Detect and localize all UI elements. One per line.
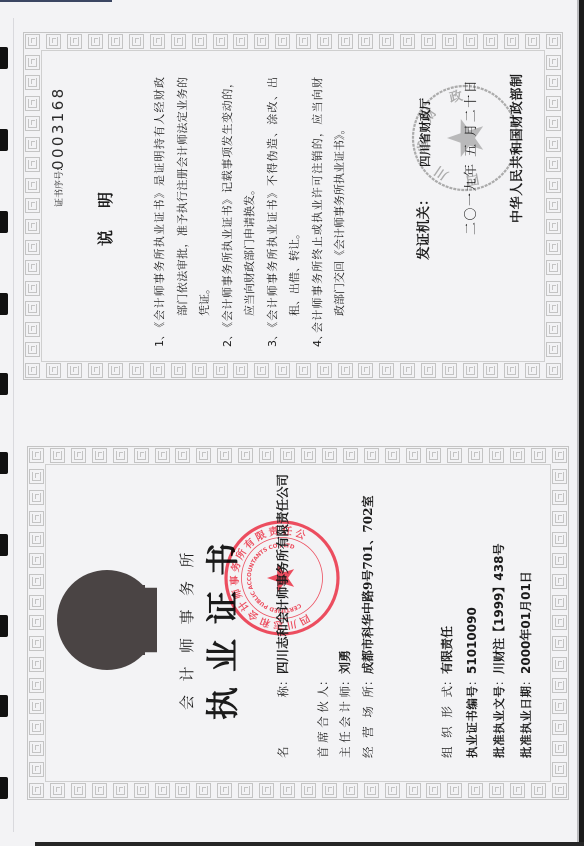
border-key-tile bbox=[364, 448, 379, 463]
note-number: 4、 bbox=[307, 329, 330, 347]
border-key-tile bbox=[489, 783, 504, 798]
border-key-tile bbox=[25, 219, 40, 234]
border-key-tile bbox=[25, 34, 40, 49]
notes-list: 1、 《会计师事务所执业证书》是证明持有人经财政 部门依法审批，准予执行注册会计… bbox=[149, 77, 352, 347]
border-key-tile bbox=[447, 448, 462, 463]
border-key-tile bbox=[546, 219, 561, 234]
border-key-tile bbox=[25, 260, 40, 275]
field-separator: ： bbox=[276, 674, 290, 686]
border-key-tile bbox=[213, 363, 228, 378]
border-key-tile bbox=[322, 448, 337, 463]
border-key-tile bbox=[546, 55, 561, 70]
border-key-tile bbox=[29, 448, 44, 463]
border-key-tile bbox=[546, 178, 561, 193]
border-key-tile bbox=[25, 322, 40, 337]
border-key-tile bbox=[546, 260, 561, 275]
border-key-tile bbox=[546, 116, 561, 131]
border-key-tile bbox=[406, 783, 421, 798]
border-key-tile bbox=[338, 363, 353, 378]
border-key-tile bbox=[25, 363, 40, 378]
border-key-tile bbox=[238, 783, 253, 798]
note-line: 《会计师事务所执业证书》记载事项发生变动的， bbox=[217, 77, 240, 333]
border-key-tile bbox=[129, 34, 144, 49]
border-key-tile bbox=[25, 178, 40, 193]
border-key-tile bbox=[259, 448, 274, 463]
border-key-tile bbox=[113, 448, 128, 463]
note-line: 应当向财政部门申请换发。 bbox=[239, 77, 262, 316]
border-key-tile bbox=[67, 363, 82, 378]
border-key-tile bbox=[343, 783, 358, 798]
border-key-tile bbox=[155, 783, 170, 798]
border-key-tile bbox=[29, 699, 44, 714]
border-key-tile bbox=[468, 448, 483, 463]
border-key-tile bbox=[196, 448, 211, 463]
border-key-tile bbox=[296, 34, 311, 49]
border-key-tile bbox=[504, 363, 519, 378]
border-key-tile bbox=[400, 34, 415, 49]
border-key-tile bbox=[25, 157, 40, 172]
field-license-number: 执业证书编号：51010090 bbox=[465, 607, 479, 758]
border-key-tile bbox=[29, 657, 44, 672]
printed-by: 中华人民共和国财政部制 bbox=[511, 73, 524, 223]
border-key-tile bbox=[546, 96, 561, 111]
border-key-tile bbox=[400, 363, 415, 378]
border-key-tile bbox=[25, 137, 40, 152]
note-line: 凭证。 bbox=[194, 77, 217, 316]
note-item: 3、 《会计师事务所执业证书》不得伪造、涂改、出 租、出借、转让。 bbox=[262, 77, 307, 347]
border-key-tile bbox=[25, 116, 40, 131]
field-separator: ： bbox=[361, 674, 375, 686]
border-key-tile bbox=[29, 616, 44, 631]
note-number: 1、 bbox=[149, 329, 172, 347]
border-key-tile bbox=[510, 448, 525, 463]
note-number: 2、 bbox=[217, 329, 240, 347]
border-key-tile bbox=[25, 342, 40, 357]
border-key-tile bbox=[92, 448, 107, 463]
border-key-tile bbox=[155, 448, 170, 463]
border-key-tile bbox=[88, 363, 103, 378]
border-key-tile bbox=[29, 636, 44, 651]
note-line: 政部门交回《会计师事务所执业证书》。 bbox=[329, 77, 352, 316]
border-key-tile bbox=[552, 595, 567, 610]
border-key-tile bbox=[546, 157, 561, 172]
note-number: 3、 bbox=[262, 329, 285, 347]
border-key-tile bbox=[406, 448, 421, 463]
certificate-subtitle: 会计师事务所 bbox=[180, 539, 195, 710]
field-separator: ： bbox=[465, 674, 479, 686]
border-key-tile bbox=[552, 678, 567, 693]
border-key-tile bbox=[358, 34, 373, 49]
border-key-tile bbox=[364, 783, 379, 798]
issue-date: 二〇一九年 五 月二十日 bbox=[465, 79, 478, 235]
border-key-tile bbox=[546, 240, 561, 255]
field-value: 有限责任 bbox=[440, 626, 454, 674]
border-key-tile bbox=[29, 595, 44, 610]
border-key-tile bbox=[552, 720, 567, 735]
field-label: 组织形式 bbox=[440, 686, 454, 758]
field-value: 51010090 bbox=[465, 607, 479, 674]
note-item: 2、 《会计师事务所执业证书》记载事项发生变动的， 应当向财政部门申请换发。 bbox=[217, 77, 262, 347]
border-key-tile bbox=[171, 363, 186, 378]
border-key-tile bbox=[29, 553, 44, 568]
border-key-tile bbox=[546, 342, 561, 357]
border-key-tile bbox=[296, 363, 311, 378]
border-key-tile bbox=[71, 783, 86, 798]
border-key-tile bbox=[259, 783, 274, 798]
border-key-tile bbox=[504, 34, 519, 49]
border-key-tile bbox=[29, 574, 44, 589]
field-separator: ： bbox=[316, 674, 330, 686]
border-key-tile bbox=[175, 783, 190, 798]
border-key-tile bbox=[29, 678, 44, 693]
border-key-tile bbox=[129, 363, 144, 378]
redacted-photo bbox=[57, 570, 157, 670]
field-chief-accountant: 主任会计师：刘勇 bbox=[338, 650, 352, 758]
border-key-tile bbox=[254, 34, 269, 49]
border-key-tile bbox=[88, 34, 103, 49]
border-key-tile bbox=[483, 34, 498, 49]
field-chief-partner: 首席合伙人： bbox=[316, 674, 330, 758]
border-key-tile bbox=[525, 34, 540, 49]
border-key-tile bbox=[343, 448, 358, 463]
border-key-tile bbox=[92, 783, 107, 798]
border-key-tile bbox=[468, 783, 483, 798]
border-key-tile bbox=[275, 34, 290, 49]
field-separator: ： bbox=[440, 674, 454, 686]
border-key-tile bbox=[192, 34, 207, 49]
border-key-tile bbox=[29, 490, 44, 505]
border-key-tile bbox=[71, 448, 86, 463]
border-key-tile bbox=[552, 616, 567, 631]
field-value: 四川志和会计师事务所有限责任公司 bbox=[275, 474, 290, 674]
border-key-tile bbox=[385, 783, 400, 798]
border-key-tile bbox=[213, 34, 228, 49]
border-key-tile bbox=[510, 783, 525, 798]
border-key-tile bbox=[25, 281, 40, 296]
note-line: 租、出借、转让。 bbox=[284, 77, 307, 316]
border-key-tile bbox=[217, 448, 232, 463]
border-key-tile bbox=[552, 448, 567, 463]
border-key-tile bbox=[483, 363, 498, 378]
border-key-tile bbox=[280, 783, 295, 798]
border-key-tile bbox=[301, 783, 316, 798]
border-key-tile bbox=[552, 511, 567, 526]
border-key-tile bbox=[379, 363, 394, 378]
border-key-tile bbox=[25, 96, 40, 111]
border-key-tile bbox=[50, 448, 65, 463]
border-key-tile bbox=[150, 363, 165, 378]
border-key-tile bbox=[546, 34, 561, 49]
border-key-tile bbox=[385, 448, 400, 463]
border-key-tile bbox=[67, 34, 82, 49]
border-key-tile bbox=[552, 532, 567, 547]
field-label: 名称 bbox=[276, 686, 290, 758]
issuer-name: 四川省财政厅 bbox=[420, 98, 432, 167]
border-key-tile bbox=[46, 363, 61, 378]
border-key-tile bbox=[275, 363, 290, 378]
border-key-tile bbox=[25, 301, 40, 316]
field-separator: ： bbox=[519, 674, 533, 686]
border-key-tile bbox=[525, 363, 540, 378]
scanned-document: 会计师事务所 执业证书 四川志和会计师事务所有限责任公司 CERTIFIED P… bbox=[0, 0, 584, 846]
field-label: 执业证书编号 bbox=[465, 686, 479, 758]
border-key-tile bbox=[379, 34, 394, 49]
border-key-tile bbox=[552, 636, 567, 651]
border-key-tile bbox=[546, 281, 561, 296]
border-key-tile bbox=[175, 448, 190, 463]
notes-heading: 说明 bbox=[98, 170, 114, 246]
border-key-tile bbox=[113, 783, 128, 798]
border-key-tile bbox=[546, 75, 561, 90]
photo-silhouette-base bbox=[127, 585, 157, 655]
field-separator: ： bbox=[492, 674, 506, 686]
border-key-tile bbox=[489, 448, 504, 463]
serial-number-label: 证书序号: bbox=[56, 168, 65, 207]
border-key-tile bbox=[447, 783, 462, 798]
border-key-tile bbox=[552, 469, 567, 484]
border-key-tile bbox=[358, 363, 373, 378]
field-value: 刘勇 bbox=[338, 650, 352, 674]
border-key-tile bbox=[552, 574, 567, 589]
border-key-tile bbox=[552, 553, 567, 568]
field-organization-form: 组织形式：有限责任 bbox=[440, 626, 454, 758]
field-label: 经营场所 bbox=[361, 686, 375, 758]
border-key-tile bbox=[531, 448, 546, 463]
field-approval-date: 批准执业日期：2000年01月01日 bbox=[519, 571, 533, 758]
field-label: 首席合伙人 bbox=[316, 686, 330, 758]
border-key-tile bbox=[546, 301, 561, 316]
field-separator: ： bbox=[338, 674, 352, 686]
border-key-tile bbox=[233, 34, 248, 49]
border-key-tile bbox=[29, 469, 44, 484]
note-item: 4、 会计师事务所终止或执业许可注销的，应当向财 政部门交回《会计师事务所执业证… bbox=[307, 77, 352, 347]
border-key-tile bbox=[338, 34, 353, 49]
border-key-tile bbox=[171, 34, 186, 49]
issuer-label: 发证机关： bbox=[418, 193, 432, 261]
border-key-tile bbox=[546, 363, 561, 378]
border-key-tile bbox=[233, 363, 248, 378]
border-key-tile bbox=[29, 511, 44, 526]
border-key-tile bbox=[134, 783, 149, 798]
border-key-tile bbox=[29, 532, 44, 547]
border-key-tile bbox=[442, 34, 457, 49]
border-key-tile bbox=[238, 448, 253, 463]
border-key-tile bbox=[463, 34, 478, 49]
border-key-tile bbox=[108, 363, 123, 378]
border-key-tile bbox=[150, 34, 165, 49]
border-key-tile bbox=[217, 783, 232, 798]
field-business-address: 经营场所：成都市科华中路9号701、702室 bbox=[361, 496, 375, 758]
border-key-tile bbox=[317, 363, 332, 378]
border-key-tile bbox=[426, 448, 441, 463]
border-key-tile bbox=[546, 137, 561, 152]
border-key-tile bbox=[301, 448, 316, 463]
border-key-tile bbox=[322, 783, 337, 798]
field-firm-name: 名称：四川志和会计师事务所有限责任公司 bbox=[276, 474, 290, 758]
border-key-tile bbox=[134, 448, 149, 463]
field-approval-document: 批准执业文号：川财注【1999】438号 bbox=[492, 544, 506, 758]
border-key-tile bbox=[421, 34, 436, 49]
border-key-tile bbox=[29, 720, 44, 735]
note-line: 会计师事务所终止或执业许可注销的，应当向财 bbox=[307, 77, 330, 333]
note-line: 《会计师事务所执业证书》是证明持有人经财政 bbox=[149, 77, 172, 333]
border-key-tile bbox=[29, 762, 44, 777]
border-key-tile bbox=[546, 322, 561, 337]
border-key-tile bbox=[25, 55, 40, 70]
border-key-tile bbox=[196, 783, 211, 798]
border-key-tile bbox=[25, 240, 40, 255]
note-item: 1、 《会计师事务所执业证书》是证明持有人经财政 部门依法审批，准予执行注册会计… bbox=[149, 77, 217, 347]
border-key-tile bbox=[531, 783, 546, 798]
border-key-tile bbox=[25, 75, 40, 90]
border-key-tile bbox=[108, 34, 123, 49]
border-key-tile bbox=[254, 363, 269, 378]
border-key-tile bbox=[421, 363, 436, 378]
border-key-tile bbox=[552, 783, 567, 798]
border-key-tile bbox=[29, 783, 44, 798]
border-key-tile bbox=[552, 657, 567, 672]
border-key-tile bbox=[552, 490, 567, 505]
border-key-tile bbox=[463, 363, 478, 378]
border-key-tile bbox=[442, 363, 457, 378]
border-key-tile bbox=[46, 34, 61, 49]
field-value: 川财注【1999】438号 bbox=[492, 544, 506, 674]
border-key-tile bbox=[552, 699, 567, 714]
border-key-tile bbox=[552, 741, 567, 756]
field-label: 批准执业日期 bbox=[519, 686, 533, 758]
border-key-tile bbox=[280, 448, 295, 463]
border-key-tile bbox=[426, 783, 441, 798]
border-key-tile bbox=[546, 199, 561, 214]
field-value: 成都市科华中路9号701、702室 bbox=[361, 496, 375, 674]
border-key-tile bbox=[192, 363, 207, 378]
border-key-tile bbox=[317, 34, 332, 49]
border-key-tile bbox=[29, 741, 44, 756]
field-value: 2000年01月01日 bbox=[519, 571, 533, 674]
field-label: 批准执业文号 bbox=[492, 686, 506, 758]
serial-number: 0003168 bbox=[51, 86, 66, 170]
note-line: 《会计师事务所执业证书》不得伪造、涂改、出 bbox=[262, 77, 285, 333]
note-line: 部门依法审批，准予执行注册会计师法定业务的 bbox=[172, 77, 195, 316]
field-label: 主任会计师 bbox=[338, 686, 352, 758]
border-key-tile bbox=[25, 199, 40, 214]
border-key-tile bbox=[552, 762, 567, 777]
border-key-tile bbox=[50, 783, 65, 798]
certificate-spread: 会计师事务所 执业证书 四川志和会计师事务所有限责任公司 CERTIFIED P… bbox=[0, 0, 584, 846]
